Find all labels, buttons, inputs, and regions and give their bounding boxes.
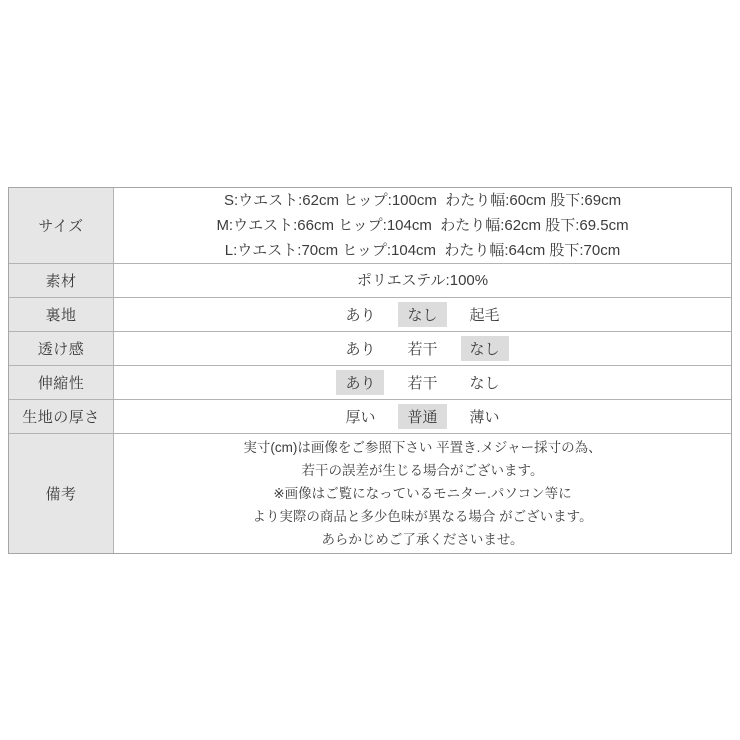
remark-line-3: ※画像はご覧になっているモニター.パソコン等に [273,482,571,505]
material-value-cell: ポリエステル:100% [114,264,731,297]
spec-row-thickness: 生地の厚さ 厚い 普通 薄い [9,400,731,434]
remark-line-1: 実寸(cm)は画像をご参照下さい 平置き.メジャー採寸の為、 [243,436,601,459]
option-thickness-atsui: 厚い [336,404,384,429]
spec-row-lining: 裏地 あり なし 起毛 [9,298,731,332]
spec-row-remarks: 備考 実寸(cm)は画像をご参照下さい 平置き.メジャー採寸の為、 若干の誤差が… [9,434,731,553]
remark-line-2: 若干の誤差が生じる場合がございます。 [302,459,544,482]
option-sheerness-jakkan: 若干 [398,336,446,361]
page: サイズ S:ウエスト:62cm ヒップ:100cm わたり幅:60cm 股下:6… [0,0,740,740]
product-spec-table: サイズ S:ウエスト:62cm ヒップ:100cm わたり幅:60cm 股下:6… [8,187,732,554]
sheerness-options-cell: あり 若干 なし [114,332,731,365]
option-sheerness-nashi: なし [461,336,509,361]
row-label-size: サイズ [9,188,114,263]
row-label-lining: 裏地 [9,298,114,331]
row-label-stretch: 伸縮性 [9,366,114,399]
option-sheerness-ari: あり [336,336,384,361]
thickness-options-cell: 厚い 普通 薄い [114,400,731,433]
spec-row-sheerness: 透け感 あり 若干 なし [9,332,731,366]
stretch-options-cell: あり 若干 なし [114,366,731,399]
row-label-remarks: 備考 [9,434,114,553]
row-label-material: 素材 [9,264,114,297]
sheerness-options: あり 若干 なし [336,336,508,361]
stretch-options: あり 若干 なし [336,370,508,395]
size-values: S:ウエスト:62cm ヒップ:100cm わたり幅:60cm 股下:69cm … [114,188,731,263]
option-lining-ari: あり [336,302,384,327]
spec-row-size: サイズ S:ウエスト:62cm ヒップ:100cm わたり幅:60cm 股下:6… [9,188,731,264]
option-thickness-futsuu: 普通 [398,404,446,429]
option-lining-nashi: なし [398,302,446,327]
option-thickness-usui: 薄い [461,404,509,429]
row-label-sheerness: 透け感 [9,332,114,365]
thickness-options: 厚い 普通 薄い [336,404,508,429]
option-stretch-nashi: なし [461,370,509,395]
row-label-thickness: 生地の厚さ [9,400,114,433]
material-value: ポリエステル:100% [357,268,488,293]
lining-options: あり なし 起毛 [336,302,508,327]
remark-line-4: より実際の商品と多少色味が異なる場合 がございます。 [252,505,592,528]
remarks-text: 実寸(cm)は画像をご参照下さい 平置き.メジャー採寸の為、 若干の誤差が生じる… [114,434,731,553]
spec-row-material: 素材 ポリエステル:100% [9,264,731,298]
option-stretch-ari: あり [336,370,384,395]
option-stretch-jakkan: 若干 [398,370,446,395]
size-line-l: L:ウエスト:70cm ヒップ:104cm わたり幅:64cm 股下:70cm [225,238,620,263]
option-lining-kimou: 起毛 [461,302,509,327]
size-line-s: S:ウエスト:62cm ヒップ:100cm わたり幅:60cm 股下:69cm [224,188,621,213]
remark-line-5: あらかじめご了承くださいませ。 [321,528,523,551]
size-line-m: M:ウエスト:66cm ヒップ:104cm わたり幅:62cm 股下:69.5c… [216,213,628,238]
lining-options-cell: あり なし 起毛 [114,298,731,331]
spec-row-stretch: 伸縮性 あり 若干 なし [9,366,731,400]
